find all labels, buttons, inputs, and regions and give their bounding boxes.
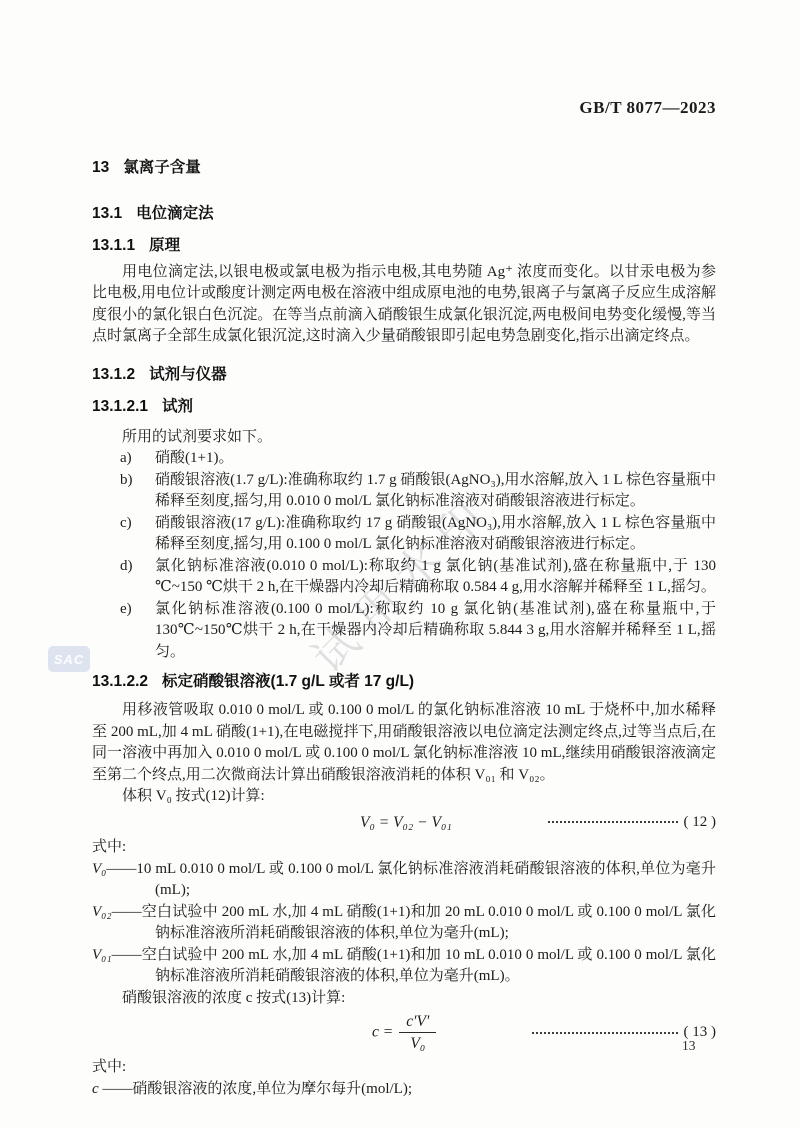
- heading-13-1-2-title: 试剂与仪器: [149, 366, 227, 383]
- reagent-list: a) 硝酸(1+1)。 b) 硝酸银溶液(1.7 g/L):准确称取约 1.7 …: [92, 448, 716, 663]
- dotted-leader: [548, 821, 678, 823]
- list-item-label: d): [120, 556, 155, 599]
- heading-13-1-1-number: 13.1.1: [92, 237, 135, 254]
- heading-13-1-number: 13.1: [92, 205, 122, 222]
- definition-term: V₀₁: [92, 947, 112, 963]
- definition-text: 10 mL 0.010 0 mol/L 或 0.100 0 mol/L 氯化钠标…: [136, 861, 716, 899]
- heading-13-1-1-title: 原理: [149, 237, 180, 254]
- formula-13-lhs: c =: [372, 1024, 393, 1041]
- heading-13-1-2-2: 13.1.2.2标定硝酸银溶液(1.7 g/L 或者 17 g/L): [92, 673, 716, 690]
- principle-paragraph: 用电位滴定法,以银电极或氯电极为指示电极,其电势随 Ag⁺ 浓度而变化。以甘汞电…: [92, 262, 716, 348]
- definition-dash: ——: [112, 947, 142, 963]
- definition-item: V₀——10 mL 0.010 0 mol/L 或 0.100 0 mol/L …: [92, 859, 716, 902]
- dotted-leader: [532, 1032, 677, 1034]
- page-content: GB/T 8077—2023 13氯离子含量 13.1电位滴定法 13.1.1原…: [92, 0, 716, 1100]
- list-item-label: b): [120, 470, 155, 513]
- page-number: 13: [682, 1038, 696, 1054]
- definition-text: 硝酸银溶液的浓度,单位为摩尔每升(mol/L);: [132, 1081, 412, 1097]
- definition-dash: ——: [106, 861, 136, 877]
- list-item-text: 氯化钠标准溶液(0.100 0 mol/L):称取约 10 g 氯化钠(基准试剂…: [155, 599, 716, 664]
- definition-item: V₀₁——空白试验中 200 mL 水,加 4 mL 硝酸(1+1)和加 10 …: [92, 945, 716, 988]
- reagents-intro: 所用的试剂要求如下。: [92, 427, 716, 449]
- formula-12-label: ( 12 ): [684, 812, 717, 834]
- heading-13-1-2-1-number: 13.1.2.1: [92, 398, 148, 415]
- definition-text: 空白试验中 200 mL 水,加 4 mL 硝酸(1+1)和加 10 mL 0.…: [142, 947, 716, 985]
- definition-term: c: [92, 1081, 99, 1097]
- list-item-text: 氯化钠标准溶液(0.010 0 mol/L):称取约 1 g 氯化钠(基准试剂)…: [155, 556, 716, 599]
- formula-13-fraction: c′V′V₀: [399, 1013, 436, 1053]
- heading-13-title: 氯离子含量: [123, 159, 201, 176]
- definition-dash: ——: [102, 1081, 132, 1097]
- definition-dash: ——: [112, 904, 142, 920]
- heading-13-1-title: 电位滴定法: [136, 205, 214, 222]
- where-label: 式中:: [92, 1057, 716, 1079]
- list-item-label: e): [120, 599, 155, 664]
- sac-watermark-badge: SAC: [48, 646, 90, 672]
- definition-text: 空白试验中 200 mL 水,加 4 mL 硝酸(1+1)和加 20 mL 0.…: [142, 904, 716, 942]
- document-page: 试用水印 SAC GB/T 8077—2023 13氯离子含量 13.1电位滴定…: [0, 0, 800, 1128]
- heading-13-1: 13.1电位滴定法: [92, 205, 716, 222]
- heading-13-1-1: 13.1.1原理: [92, 237, 716, 254]
- formula-13-row: c =c′V′V₀ ( 13 ): [92, 1013, 716, 1053]
- formula-12-expression: V₀ = V₀₂ − V₀₁: [360, 812, 452, 834]
- heading-13-1-2-1: 13.1.2.1试剂: [92, 398, 716, 415]
- fraction-numerator: c′V′: [399, 1013, 436, 1033]
- definition-item: V₀₂——空白试验中 200 mL 水,加 4 mL 硝酸(1+1)和加 20 …: [92, 902, 716, 945]
- heading-13-1-2-2-number: 13.1.2.2: [92, 673, 148, 690]
- calibration-paragraph: 用移液管吸取 0.010 0 mol/L 或 0.100 0 mol/L 的氯化…: [92, 700, 716, 786]
- heading-13-1-2: 13.1.2试剂与仪器: [92, 366, 716, 383]
- standard-code: GB/T 8077—2023: [92, 0, 716, 119]
- list-item: a) 硝酸(1+1)。: [92, 448, 716, 470]
- volume-intro-line: 体积 V₀ 按式(12)计算:: [92, 786, 716, 808]
- heading-13-1-2-1-title: 试剂: [162, 398, 193, 415]
- definition-term: V₀: [92, 861, 106, 877]
- list-item-label: c): [120, 513, 155, 556]
- formula-12-row: V₀ = V₀₂ − V₀₁ ( 12 ): [92, 812, 716, 834]
- formula-13-expression: c =c′V′V₀: [372, 1013, 436, 1053]
- fraction-denominator: V₀: [399, 1033, 436, 1053]
- heading-13-number: 13: [92, 159, 109, 176]
- list-item: c) 硝酸银溶液(17 g/L):准确称取约 17 g 硝酸银(AgNO₃),用…: [92, 513, 716, 556]
- list-item-text: 硝酸银溶液(17 g/L):准确称取约 17 g 硝酸银(AgNO₃),用水溶解…: [155, 513, 716, 556]
- list-item: d) 氯化钠标准溶液(0.010 0 mol/L):称取约 1 g 氯化钠(基准…: [92, 556, 716, 599]
- definition-item: c ——硝酸银溶液的浓度,单位为摩尔每升(mol/L);: [92, 1079, 716, 1101]
- heading-13: 13氯离子含量: [92, 159, 716, 176]
- heading-13-1-2-2-title: 标定硝酸银溶液(1.7 g/L 或者 17 g/L): [162, 673, 414, 690]
- list-item-text: 硝酸(1+1)。: [155, 448, 716, 470]
- list-item: e) 氯化钠标准溶液(0.100 0 mol/L):称取约 10 g 氯化钠(基…: [92, 599, 716, 664]
- list-item: b) 硝酸银溶液(1.7 g/L):准确称取约 1.7 g 硝酸银(AgNO₃)…: [92, 470, 716, 513]
- heading-13-1-2-number: 13.1.2: [92, 366, 135, 383]
- concentration-intro-line: 硝酸银溶液的浓度 c 按式(13)计算:: [92, 988, 716, 1010]
- where-label: 式中:: [92, 837, 716, 859]
- list-item-text: 硝酸银溶液(1.7 g/L):准确称取约 1.7 g 硝酸银(AgNO₃),用水…: [155, 470, 716, 513]
- list-item-label: a): [120, 448, 155, 470]
- definition-term: V₀₂: [92, 904, 112, 920]
